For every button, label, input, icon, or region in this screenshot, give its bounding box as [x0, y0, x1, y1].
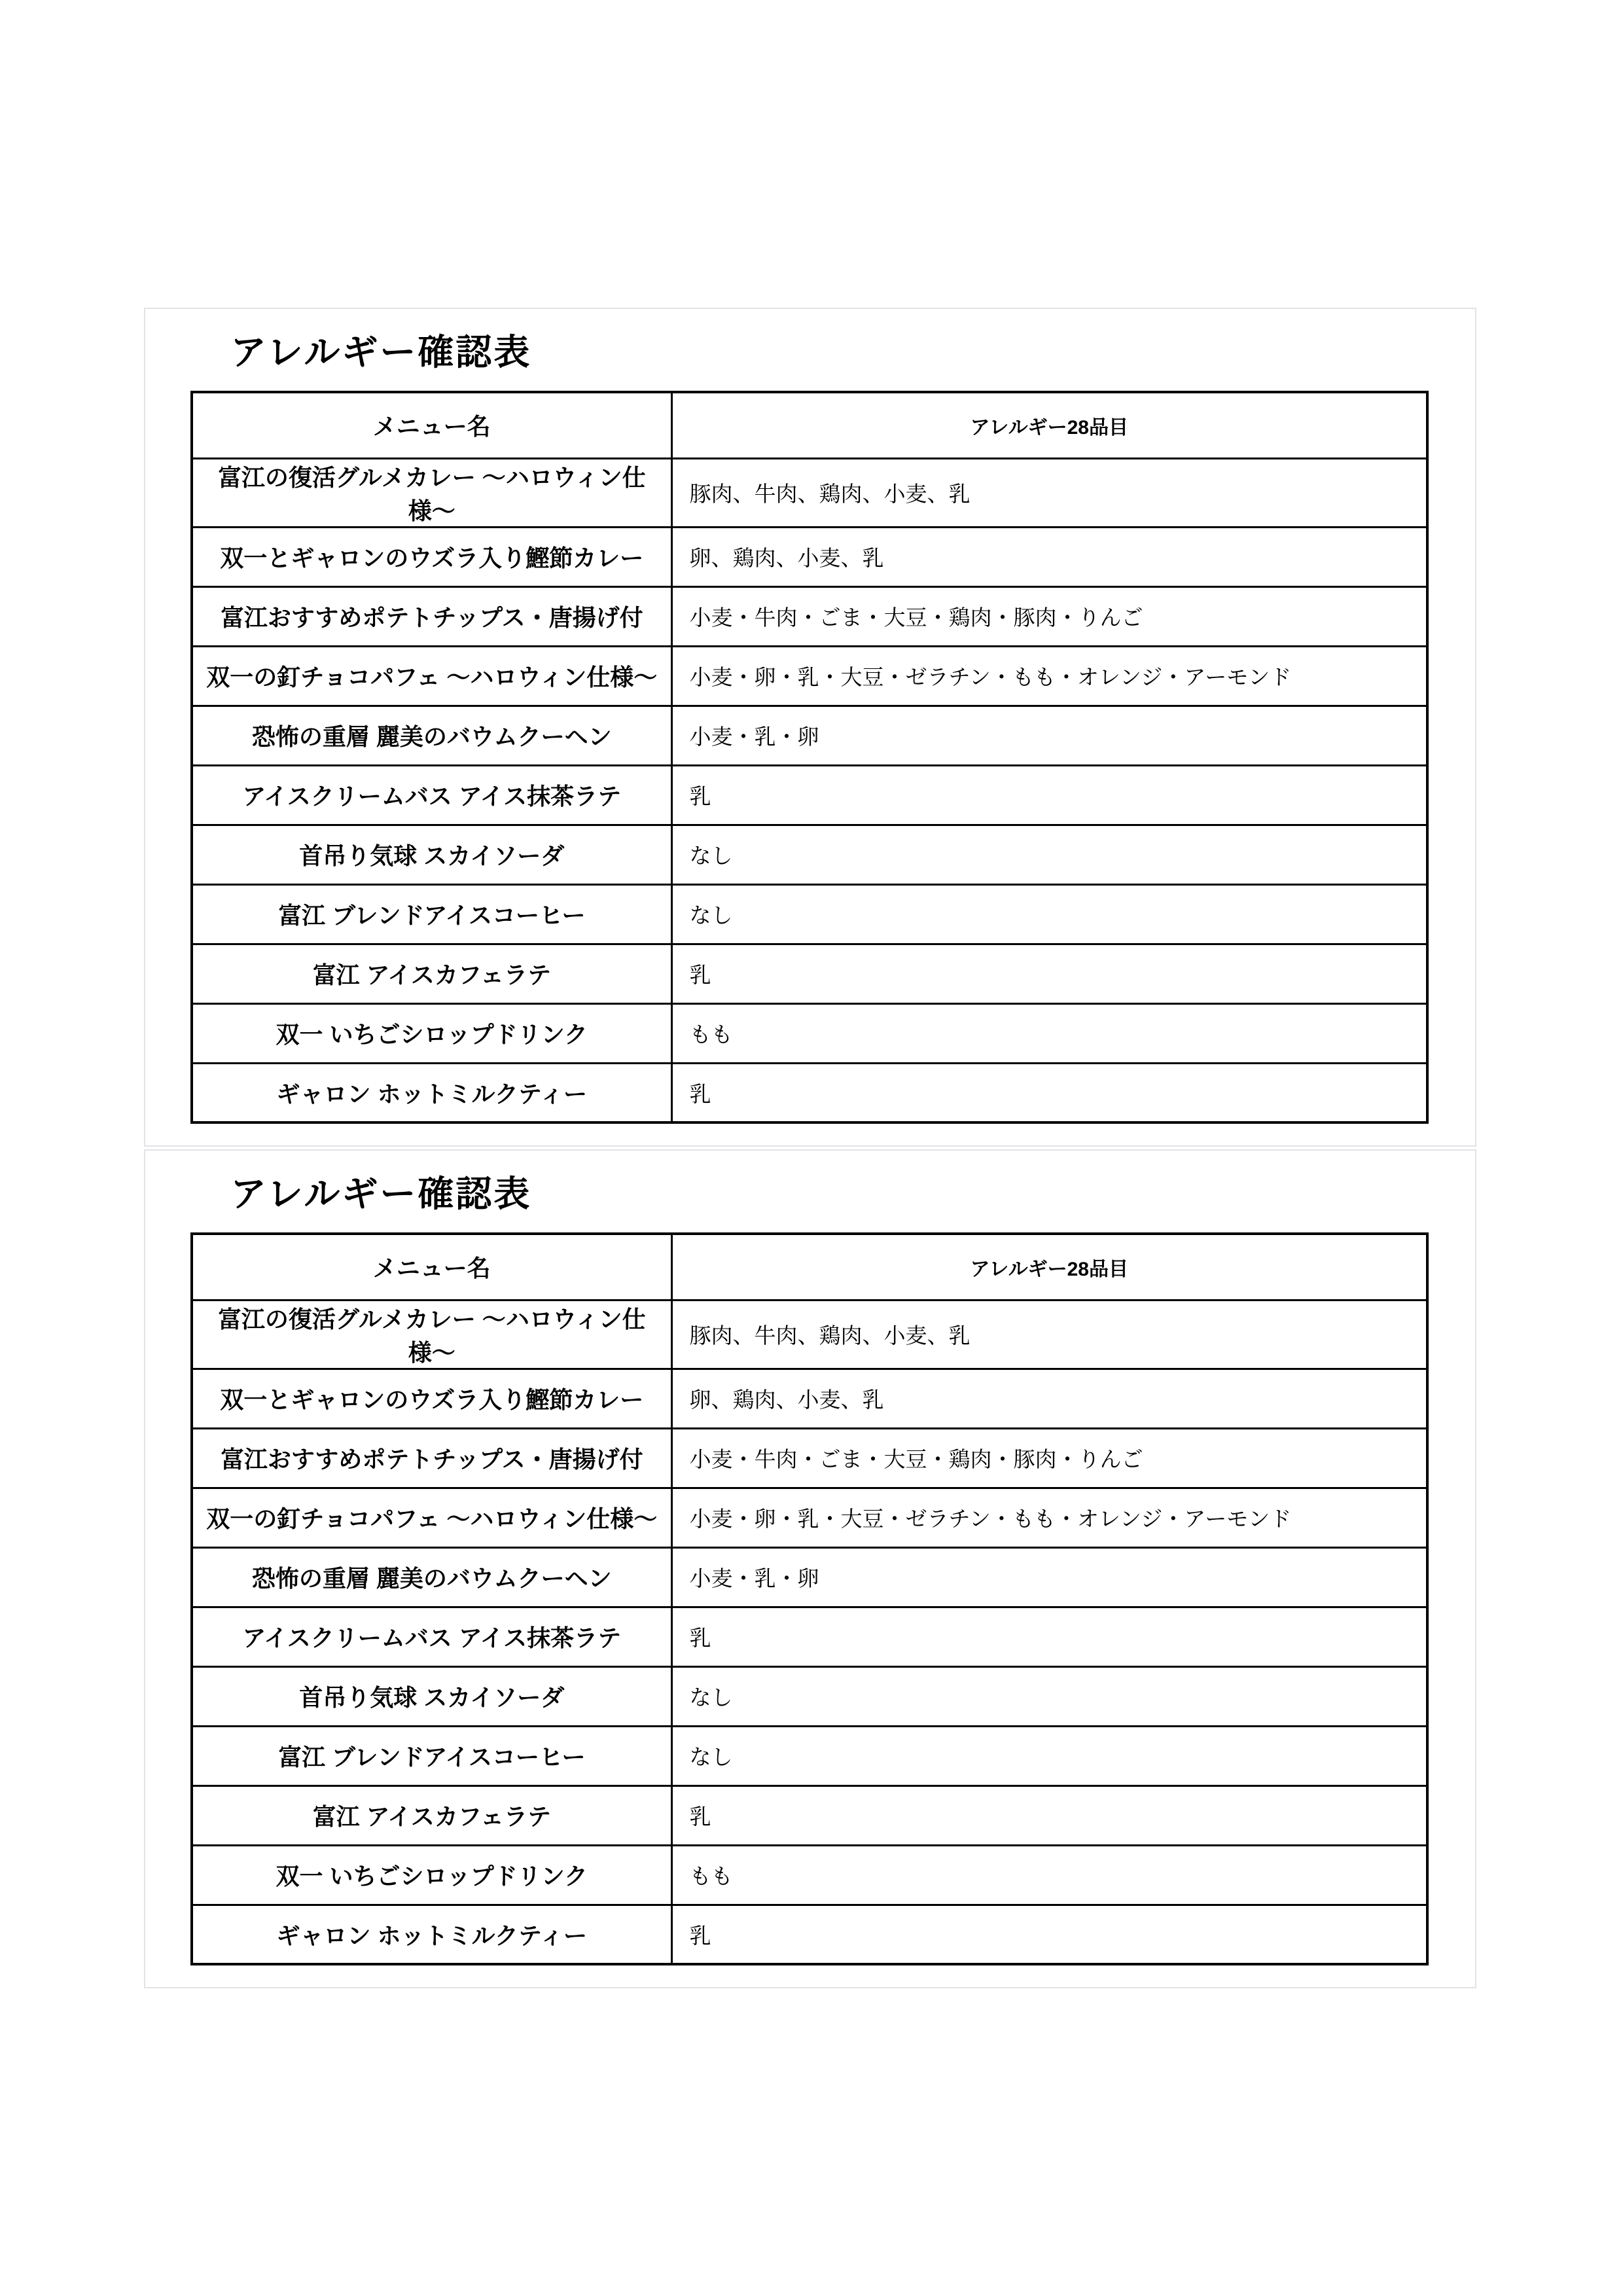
menu-name-cell: 双一とギャロンのウズラ入り鰹節カレー	[192, 1369, 671, 1428]
menu-name-cell: 富江おすすめポテトチップス・唐揚げ付	[192, 1428, 671, 1488]
menu-name-cell: 富江 アイスカフェラテ	[192, 944, 671, 1003]
table-row: 恐怖の重層 麗美のバウムクーヘン小麦・乳・卵	[192, 706, 1427, 765]
allergen-28-items-header: アレルギー28品目	[671, 1234, 1427, 1300]
table-row: 首吊り気球 スカイソーダなし	[192, 1666, 1427, 1726]
allergy-table-title-2: アレルギー確認表	[230, 1174, 531, 1214]
allergy-table-1: メニュー名 アレルギー28品目 富江の復活グルメカレー 〜ハロウィン仕様〜豚肉、…	[190, 391, 1429, 1124]
table-row: 恐怖の重層 麗美のバウムクーヘン小麦・乳・卵	[192, 1547, 1427, 1607]
allergen-cell: 小麦・卵・乳・大豆・ゼラチン・もも・オレンジ・アーモンド	[671, 646, 1427, 706]
allergen-cell: 小麦・牛肉・ごま・大豆・鶏肉・豚肉・りんご	[671, 586, 1427, 646]
table-header-row-1: メニュー名 アレルギー28品目	[192, 392, 1427, 458]
menu-name-cell: 首吊り気球 スカイソーダ	[192, 825, 671, 884]
menu-name-header: メニュー名	[192, 392, 671, 458]
table-row: 双一の釘チョコパフェ 〜ハロウィン仕様〜小麦・卵・乳・大豆・ゼラチン・もも・オレ…	[192, 1488, 1427, 1547]
table-row: アイスクリームバス アイス抹茶ラテ乳	[192, 1607, 1427, 1666]
allergy-card-1: アレルギー確認表 メニュー名 アレルギー28品目 富江の復活グルメカレー 〜ハロ…	[144, 308, 1476, 1147]
allergen-cell: 豚肉、牛肉、鶏肉、小麦、乳	[671, 458, 1427, 527]
menu-name-cell: ギャロン ホットミルクティー	[192, 1063, 671, 1122]
allergen-cell: 乳	[671, 765, 1427, 825]
menu-name-cell: 富江 アイスカフェラテ	[192, 1785, 671, 1845]
allergy-table-title-1: アレルギー確認表	[230, 332, 531, 372]
table-row: ギャロン ホットミルクティー乳	[192, 1905, 1427, 1964]
menu-name-cell: 富江の復活グルメカレー 〜ハロウィン仕様〜	[192, 458, 671, 527]
menu-name-cell: 首吊り気球 スカイソーダ	[192, 1666, 671, 1726]
allergen-cell: なし	[671, 1666, 1427, 1726]
allergen-cell: 小麦・牛肉・ごま・大豆・鶏肉・豚肉・りんご	[671, 1428, 1427, 1488]
allergy-table-2: メニュー名 アレルギー28品目 富江の復活グルメカレー 〜ハロウィン仕様〜豚肉、…	[190, 1232, 1429, 1965]
table-row: ギャロン ホットミルクティー乳	[192, 1063, 1427, 1122]
menu-name-cell: 富江の復活グルメカレー 〜ハロウィン仕様〜	[192, 1300, 671, 1369]
table-row: 富江 ブレンドアイスコーヒーなし	[192, 884, 1427, 944]
document-page: アレルギー確認表 メニュー名 アレルギー28品目 富江の復活グルメカレー 〜ハロ…	[0, 0, 1623, 2296]
menu-name-cell: 恐怖の重層 麗美のバウムクーヘン	[192, 1547, 671, 1607]
menu-name-cell: 双一とギャロンのウズラ入り鰹節カレー	[192, 527, 671, 586]
menu-name-cell: ギャロン ホットミルクティー	[192, 1905, 671, 1964]
menu-name-header: メニュー名	[192, 1234, 671, 1300]
allergy-card-2: アレルギー確認表 メニュー名 アレルギー28品目 富江の復活グルメカレー 〜ハロ…	[144, 1149, 1476, 1988]
allergen-cell: 乳	[671, 1607, 1427, 1666]
table-row: 双一とギャロンのウズラ入り鰹節カレー卵、鶏肉、小麦、乳	[192, 527, 1427, 586]
allergen-cell: 乳	[671, 1785, 1427, 1845]
table-row: 富江の復活グルメカレー 〜ハロウィン仕様〜豚肉、牛肉、鶏肉、小麦、乳	[192, 1300, 1427, 1369]
allergen-cell: 乳	[671, 944, 1427, 1003]
table-header-row-2: メニュー名 アレルギー28品目	[192, 1234, 1427, 1300]
table-row: 富江の復活グルメカレー 〜ハロウィン仕様〜豚肉、牛肉、鶏肉、小麦、乳	[192, 458, 1427, 527]
table-row: 双一とギャロンのウズラ入り鰹節カレー卵、鶏肉、小麦、乳	[192, 1369, 1427, 1428]
allergen-cell: 乳	[671, 1063, 1427, 1122]
menu-name-cell: アイスクリームバス アイス抹茶ラテ	[192, 1607, 671, 1666]
allergen-cell: 乳	[671, 1905, 1427, 1964]
table-row: 双一 いちごシロップドリンクもも	[192, 1003, 1427, 1063]
allergen-cell: 卵、鶏肉、小麦、乳	[671, 527, 1427, 586]
table-body-2: 富江の復活グルメカレー 〜ハロウィン仕様〜豚肉、牛肉、鶏肉、小麦、乳双一とギャロ…	[192, 1300, 1427, 1964]
menu-name-cell: 双一の釘チョコパフェ 〜ハロウィン仕様〜	[192, 646, 671, 706]
menu-name-cell: 双一 いちごシロップドリンク	[192, 1003, 671, 1063]
table-row: 双一 いちごシロップドリンクもも	[192, 1845, 1427, 1905]
menu-name-cell: 富江 ブレンドアイスコーヒー	[192, 1726, 671, 1785]
allergen-cell: 小麦・卵・乳・大豆・ゼラチン・もも・オレンジ・アーモンド	[671, 1488, 1427, 1547]
allergen-cell: 豚肉、牛肉、鶏肉、小麦、乳	[671, 1300, 1427, 1369]
allergen-28-items-header: アレルギー28品目	[671, 392, 1427, 458]
table-row: 双一の釘チョコパフェ 〜ハロウィン仕様〜小麦・卵・乳・大豆・ゼラチン・もも・オレ…	[192, 646, 1427, 706]
menu-name-cell: 恐怖の重層 麗美のバウムクーヘン	[192, 706, 671, 765]
table-row: 富江おすすめポテトチップス・唐揚げ付小麦・牛肉・ごま・大豆・鶏肉・豚肉・りんご	[192, 1428, 1427, 1488]
table-body-1: 富江の復活グルメカレー 〜ハロウィン仕様〜豚肉、牛肉、鶏肉、小麦、乳双一とギャロ…	[192, 458, 1427, 1122]
allergen-cell: もも	[671, 1845, 1427, 1905]
allergen-cell: なし	[671, 1726, 1427, 1785]
table-row: アイスクリームバス アイス抹茶ラテ乳	[192, 765, 1427, 825]
allergen-cell: 小麦・乳・卵	[671, 1547, 1427, 1607]
table-row: 富江 アイスカフェラテ乳	[192, 944, 1427, 1003]
table-row: 富江おすすめポテトチップス・唐揚げ付小麦・牛肉・ごま・大豆・鶏肉・豚肉・りんご	[192, 586, 1427, 646]
allergen-cell: もも	[671, 1003, 1427, 1063]
menu-name-cell: 双一 いちごシロップドリンク	[192, 1845, 671, 1905]
menu-name-cell: アイスクリームバス アイス抹茶ラテ	[192, 765, 671, 825]
menu-name-cell: 双一の釘チョコパフェ 〜ハロウィン仕様〜	[192, 1488, 671, 1547]
menu-name-cell: 富江おすすめポテトチップス・唐揚げ付	[192, 586, 671, 646]
allergen-cell: なし	[671, 825, 1427, 884]
table-row: 首吊り気球 スカイソーダなし	[192, 825, 1427, 884]
table-row: 富江 ブレンドアイスコーヒーなし	[192, 1726, 1427, 1785]
table-row: 富江 アイスカフェラテ乳	[192, 1785, 1427, 1845]
allergen-cell: 小麦・乳・卵	[671, 706, 1427, 765]
allergen-cell: 卵、鶏肉、小麦、乳	[671, 1369, 1427, 1428]
menu-name-cell: 富江 ブレンドアイスコーヒー	[192, 884, 671, 944]
allergen-cell: なし	[671, 884, 1427, 944]
